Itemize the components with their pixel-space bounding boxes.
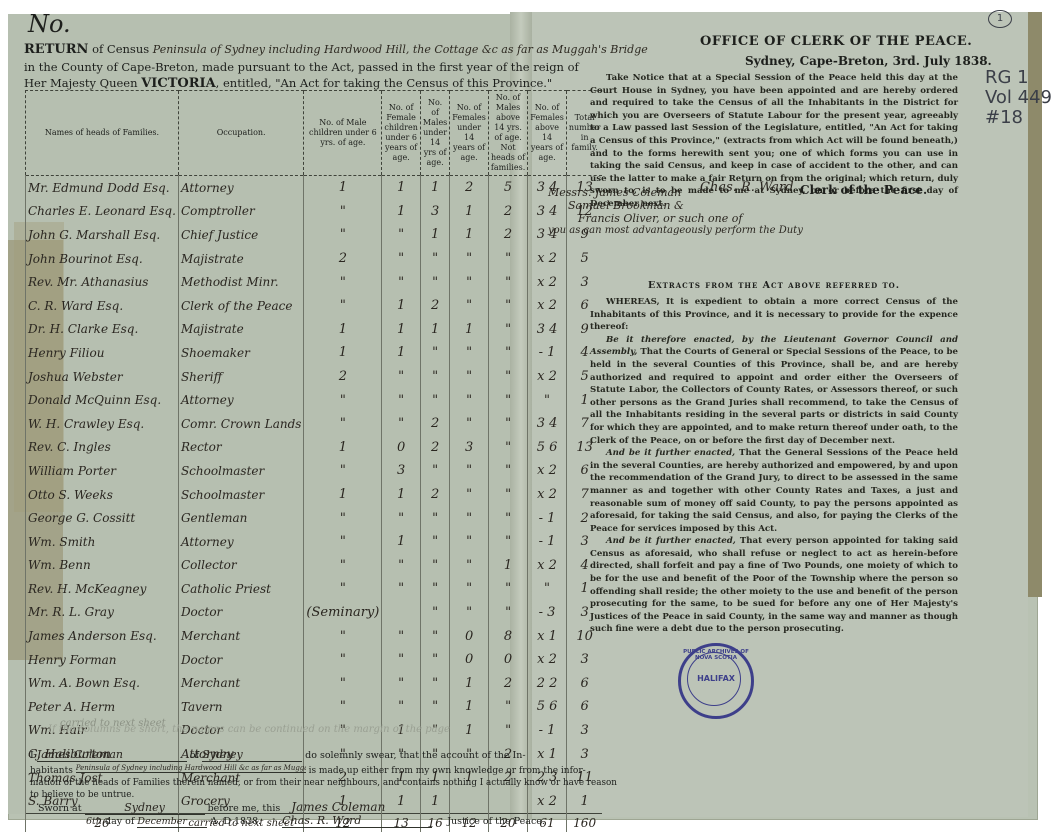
cell-occupation: Collector (178, 554, 303, 578)
cell-total: 5 (566, 247, 602, 271)
cell-m-above: " (488, 436, 527, 460)
oath-habitants-label: habitants (30, 766, 73, 776)
cell-occupation: Clerk of the Peace (178, 294, 303, 318)
cell-m-above: " (488, 459, 527, 483)
cell-m14: " (420, 554, 449, 578)
table-row: Dr. H. Clarke Esq.Majistrate1111"3 49 (26, 318, 603, 342)
table-row: Henry FormanDoctor"""00x 23 (26, 648, 603, 672)
cell-m-above: 8 (488, 624, 527, 648)
table-row: John Bourinot Esq.Majistrate2""""x 25 (26, 247, 603, 271)
col-header-male-under-6: No. of Male children under 6 yrs. of age… (304, 91, 382, 176)
addressees: Messrs. James Coleman Samuel Brookman & … (548, 186, 803, 236)
signature-ward: Chas. R. Ward (282, 814, 432, 828)
table-row: Rev. Mr. AthanasiusMethodist Minr."""""x… (26, 270, 603, 294)
cell-m-above: " (488, 294, 527, 318)
cell-name: George G. Cossitt (26, 506, 179, 530)
cell-f-above: x 1 (528, 624, 567, 648)
header-line-3: Her Majesty Queen VICTORIA, entitled, "A… (24, 76, 552, 91)
col-header-male-above-14: No. of Males above 14 yrs. of age. Not h… (488, 91, 527, 176)
faint-instruction-note: If the columns be short, the names can b… (48, 724, 508, 735)
cell-f-above: 3 4 (528, 318, 567, 342)
line3-pre: Her Majesty Queen (24, 76, 141, 90)
cell-f6: " (382, 506, 421, 530)
cell-m-above: " (488, 365, 527, 389)
cell-m6: " (304, 695, 382, 719)
cell-name: Peter A. Herm (26, 695, 179, 719)
act-section-3: And be it further enacted, That every pe… (590, 535, 958, 636)
table-row: Mr. Edmund Dodd Esq.Attorney111253 413 (26, 176, 603, 200)
cell-f6: 1 (382, 200, 421, 224)
cell-m14: 2 (420, 483, 449, 507)
cell-f-above: - 1 (528, 719, 567, 743)
cell-f14: " (450, 247, 489, 271)
cell-f14: 2 (450, 176, 489, 200)
act-section-2-lead: And be it further enacted, (606, 448, 735, 458)
cell-f14: " (450, 365, 489, 389)
table-row: John G. Marshall Esq.Chief Justice""1123… (26, 223, 603, 247)
oath-line-4: to believe to be untrue. (30, 790, 134, 800)
cell-m-above: " (488, 577, 527, 601)
table-row: Donald McQuinn Esq.Attorney""""""1 (26, 388, 603, 412)
cell-m6: 1 (304, 318, 382, 342)
cell-m-above: 2 (488, 223, 527, 247)
cell-f6: " (382, 223, 421, 247)
cell-m14: " (420, 577, 449, 601)
oath-line-3: mation of the heads of Families therein … (30, 778, 617, 788)
cell-occupation: Doctor (178, 601, 303, 625)
document-number-mark: No. (28, 10, 71, 38)
cell-m14: " (420, 648, 449, 672)
cell-m14: 1 (420, 176, 449, 200)
sworn-place-field: Sydney (85, 801, 205, 815)
cell-f14: 1 (450, 223, 489, 247)
oath-of: of (190, 750, 199, 761)
cell-m14: " (420, 624, 449, 648)
cell-f14: " (450, 294, 489, 318)
oath-line-2: habitants Peninsula of Sydney including … (30, 764, 586, 776)
oath-name-field: James Coleman (37, 748, 187, 762)
cell-name: Wm. A. Bown Esq. (26, 671, 179, 695)
page-number-circle: 1 (988, 10, 1012, 28)
cell-name: Mr. Edmund Dodd Esq. (26, 176, 179, 200)
cell-m14: " (420, 388, 449, 412)
cell-m-above: " (488, 388, 527, 412)
cell-occupation: Majistrate (178, 247, 303, 271)
cell-f-above: 2 2 (528, 671, 567, 695)
cell-m-above: " (488, 412, 527, 436)
archives-stamp: PUBLIC ARCHIVES OF NOVA SCOTIA HALIFAX (678, 643, 754, 719)
cell-name: Donald McQuinn Esq. (26, 388, 179, 412)
table-row: Joshua WebsterSheriff2""""x 25 (26, 365, 603, 389)
clerk-title: Clerk of the Peace. (800, 183, 927, 197)
col-header-female-above-14: No. of Females above 14 years of age. (528, 91, 567, 176)
cell-m6: " (304, 459, 382, 483)
cell-f-above: x 2 (528, 459, 567, 483)
cell-f6: 1 (382, 294, 421, 318)
cell-name: Wm. Benn (26, 554, 179, 578)
victoria-bold: VICTORIA (141, 76, 215, 91)
cell-m-above: 2 (488, 671, 527, 695)
cell-m14: " (420, 247, 449, 271)
archive-reference: RG 1 Vol 449 #18 (985, 68, 1052, 128)
cell-f6: 1 (382, 530, 421, 554)
cell-f14: " (450, 577, 489, 601)
stamp-ring-text: PUBLIC ARCHIVES OF NOVA SCOTIA (681, 649, 751, 661)
cell-occupation: Attorney (178, 530, 303, 554)
cell-name: Mr. R. L. Gray (26, 601, 179, 625)
cell-occupation: Merchant (178, 624, 303, 648)
cell-f6: " (382, 412, 421, 436)
cell-m-above: " (488, 601, 527, 625)
header-line-2: in the County of Cape-Breton, made pursu… (24, 60, 579, 74)
cell-f14: " (450, 506, 489, 530)
cell-name: Charles E. Leonard Esq. (26, 200, 179, 224)
signature-coleman: James Coleman (291, 800, 385, 814)
cell-f14: 0 (450, 648, 489, 672)
cell-total: 6 (566, 671, 602, 695)
cell-m14: " (420, 341, 449, 365)
cell-f14: " (450, 270, 489, 294)
cell-f-above: x 2 (528, 247, 567, 271)
act-section-1-text: That the Courts of General or Special Se… (590, 347, 958, 445)
cell-m-above: " (488, 695, 527, 719)
cell-m6: " (304, 388, 382, 412)
act-section-3-lead: And be it further enacted, (606, 536, 736, 546)
cell-f-above: " (528, 577, 567, 601)
cell-occupation: Comr. Crown Lands (178, 412, 303, 436)
table-header-row: Names of heads of Families. Occupation. … (26, 91, 603, 176)
cell-name: Dr. H. Clarke Esq. (26, 318, 179, 342)
archive-vol: Vol 449 (985, 88, 1052, 108)
cell-m-above: " (488, 506, 527, 530)
table-row: Wm. SmithAttorney"1"""- 13 (26, 530, 603, 554)
oath-habitants-field: Peninsula of Sydney including Hardwood H… (76, 764, 306, 773)
extracts-title: Extracts from the Act above referred to. (648, 280, 900, 291)
act-extracts: WHEREAS, It is expedient to obtain a mor… (590, 296, 958, 636)
cell-name: James Anderson Esq. (26, 624, 179, 648)
col-header-occupation: Occupation. (178, 91, 303, 176)
cell-f-above: x 2 (528, 648, 567, 672)
cell-f6: " (382, 624, 421, 648)
cell-name: John G. Marshall Esq. (26, 223, 179, 247)
cell-f-above: x 2 (528, 365, 567, 389)
cell-f6: 1 (382, 789, 421, 813)
table-row: Wm. BennCollector""""1x 24 (26, 554, 603, 578)
oath-place-field: Sydney (202, 748, 302, 762)
oath-sworn-line: Sworn at Sydney before me, this James Co… (38, 800, 385, 815)
month-field: December (137, 816, 207, 828)
cell-m14: 1 (420, 223, 449, 247)
cell-m14: " (420, 506, 449, 530)
cell-m6: " (304, 624, 382, 648)
cell-m6: 2 (304, 365, 382, 389)
year-label: A. D 1838. (210, 816, 261, 827)
return-title: RETURN of Census Peninsula of Sydney inc… (24, 42, 648, 57)
cell-f-above: 5 6 (528, 436, 567, 460)
office-title: OFFICE OF CLERK OF THE PEACE. (700, 34, 972, 49)
cell-f6: " (382, 270, 421, 294)
cell-name: William Porter (26, 459, 179, 483)
cell-f-above: 5 6 (528, 695, 567, 719)
cell-f6: " (382, 388, 421, 412)
table-row: Peter A. HermTavern"""1"5 66 (26, 695, 603, 719)
act-section-1: Be it therefore enacted, by the Lieutena… (590, 334, 958, 447)
cell-f6: 3 (382, 459, 421, 483)
cell-f6: 1 (382, 341, 421, 365)
cell-m6: " (304, 577, 382, 601)
cell-occupation: Schoolmaster (178, 459, 303, 483)
cell-m-above: " (488, 530, 527, 554)
cell-m6: " (304, 223, 382, 247)
cell-m-above: " (488, 270, 527, 294)
cell-f-above: x 2 (528, 294, 567, 318)
cell-name: W. H. Crawley Esq. (26, 412, 179, 436)
cell-m14: 1 (420, 789, 449, 813)
act-section-3-text: That every person appointed for taking s… (590, 536, 958, 634)
cell-m6: " (304, 270, 382, 294)
cell-f14: " (450, 554, 489, 578)
table-row: Mr. R. L. GrayDoctor(Seminary)"""- 33 (26, 601, 603, 625)
table-row: C. R. Ward Esq.Clerk of the Peace"12""x … (26, 294, 603, 318)
line3-post: , entitled, "An Act for taking the Censu… (216, 76, 553, 90)
cell-m14: 3 (420, 200, 449, 224)
cell-occupation: Attorney (178, 176, 303, 200)
cell-f14: " (450, 412, 489, 436)
cell-total: 6 (566, 695, 602, 719)
col-header-male-under-14: No. of Males under 14 yrs of age. (420, 91, 449, 176)
cell-m14: 1 (420, 318, 449, 342)
table-row: W. H. Crawley Esq.Comr. Crown Lands""2""… (26, 412, 603, 436)
col-header-female-under-14: No. of Females under 14 years of age. (450, 91, 489, 176)
cell-occupation: Tavern (178, 695, 303, 719)
cell-name: Rev. Mr. Athanasius (26, 270, 179, 294)
cell-f-above: - 3 (528, 601, 567, 625)
cell-occupation: Attorney (178, 388, 303, 412)
cell-f6: " (382, 695, 421, 719)
cell-f6: 0 (382, 436, 421, 460)
cell-m6: " (304, 530, 382, 554)
addressee-4: you as can most advantageously perform t… (548, 225, 803, 236)
cell-m6: " (304, 506, 382, 530)
cell-f6: 1 (382, 176, 421, 200)
cell-occupation: Catholic Priest (178, 577, 303, 601)
oath-text-2: is made up either from my own knowledge … (309, 766, 586, 776)
cell-m-above: " (488, 318, 527, 342)
cell-f14: 0 (450, 624, 489, 648)
cell-f-above: x 1 (528, 742, 567, 766)
cell-f14 (450, 789, 489, 813)
cell-m14: " (420, 671, 449, 695)
cell-f-above: 3 4 (528, 412, 567, 436)
cell-f-above: x 2 (528, 554, 567, 578)
cell-occupation: Majistrate (178, 318, 303, 342)
cell-m6: " (304, 200, 382, 224)
table-row: William PorterSchoolmaster"3"""x 26 (26, 459, 603, 483)
cell-m-above (488, 789, 527, 813)
oath-text-1: do solemnly swear, that the account of t… (305, 750, 526, 761)
cell-name: Rev. H. McKeagney (26, 577, 179, 601)
cell-f-above: - 1 (528, 530, 567, 554)
cell-name: Henry Forman (26, 648, 179, 672)
before-me-label: before me, this (208, 803, 281, 814)
cell-name: Henry Filiou (26, 341, 179, 365)
table-row: Henry FiliouShoemaker11"""- 14 (26, 341, 603, 365)
cell-f14: 1 (450, 695, 489, 719)
cell-m-above: 5 (488, 176, 527, 200)
cell-f14: " (450, 483, 489, 507)
oath-line-1: I James Coleman of Sydney do solemnly sw… (30, 748, 526, 762)
cell-f14: " (450, 459, 489, 483)
act-section-2: And be it further enacted, That the Gene… (590, 447, 958, 535)
cell-f6: " (382, 365, 421, 389)
addressee-1: Messrs. James Coleman (548, 186, 803, 199)
table-row: George G. CossittGentleman"""""- 12 (26, 506, 603, 530)
cell-occupation: Methodist Minr. (178, 270, 303, 294)
cell-occupation: Gentleman (178, 506, 303, 530)
table-row: Rev. H. McKeagneyCatholic Priest""""""1 (26, 577, 603, 601)
stamp-city: HALIFAX (681, 674, 751, 683)
cell-total: 3 (566, 719, 602, 743)
cell-f14: 3 (450, 436, 489, 460)
cell-m6: " (304, 648, 382, 672)
cell-m14: " (420, 530, 449, 554)
justice-label: Justice of the Peace. (447, 816, 545, 827)
cell-m6: " (304, 294, 382, 318)
cell-m-above: 2 (488, 200, 527, 224)
cell-f14: 1 (450, 671, 489, 695)
cell-f-above: x 2 (528, 483, 567, 507)
cell-f-above: - 1 (528, 506, 567, 530)
cell-f6: " (382, 247, 421, 271)
cell-occupation: Doctor (178, 648, 303, 672)
table-row: Wm. A. Bown Esq.Merchant"""122 26 (26, 671, 603, 695)
oath-date-line: 6th day of December A. D 1838. Chas. R. … (86, 814, 545, 828)
cell-name: John Bourinot Esq. (26, 247, 179, 271)
table-row: Otto S. WeeksSchoolmaster112""x 27 (26, 483, 603, 507)
cell-m14: 2 (420, 412, 449, 436)
cell-m6: " (304, 412, 382, 436)
cell-name: Wm. Smith (26, 530, 179, 554)
cell-f6: 1 (382, 483, 421, 507)
cell-m6: " (304, 554, 382, 578)
cell-m6: 1 (304, 436, 382, 460)
cell-f14: 1 (450, 200, 489, 224)
cell-m-above: " (488, 483, 527, 507)
cell-occupation: Rector (178, 436, 303, 460)
table-row: Charles E. Leonard Esq.Comptroller"13123… (26, 200, 603, 224)
oath-i: I (30, 750, 34, 761)
table-row: James Anderson Esq.Merchant"""08x 110 (26, 624, 603, 648)
cell-m-above: 0 (488, 648, 527, 672)
cell-total: 3 (566, 742, 602, 766)
cell-f14: " (450, 341, 489, 365)
cell-m6: 2 (304, 247, 382, 271)
day-field: 6th (86, 816, 102, 827)
cell-f-above: - 1 (528, 341, 567, 365)
handwritten-district: Peninsula of Sydney including Hardwood H… (153, 43, 648, 56)
cell-m6: 1 (304, 483, 382, 507)
cell-f14: 1 (450, 318, 489, 342)
cell-f6: " (382, 671, 421, 695)
cell-name: Joshua Webster (26, 365, 179, 389)
sworn-at-label: Sworn at (38, 803, 82, 814)
table-row: Rev. C. InglesRector1023"5 613 (26, 436, 603, 460)
cell-m14: " (420, 270, 449, 294)
cell-total: 3 (566, 648, 602, 672)
cell-m6: 1 (304, 176, 382, 200)
cell-f14: " (450, 388, 489, 412)
cell-name: C. R. Ward Esq. (26, 294, 179, 318)
cell-m6: " (304, 671, 382, 695)
cell-total: 1 (566, 789, 602, 813)
cell-f-above: x 2 (528, 270, 567, 294)
cell-occupation: Comptroller (178, 200, 303, 224)
act-whereas: WHEREAS, It is expedient to obtain a mor… (590, 296, 958, 334)
cell-m14: " (420, 459, 449, 483)
cell-total: 3 (566, 270, 602, 294)
col-header-names: Names of heads of Families. (26, 91, 179, 176)
cell-occupation: Merchant (178, 671, 303, 695)
addressee-3: Francis Oliver, or such one of (578, 212, 803, 225)
cell-m14: 2 (420, 436, 449, 460)
addressee-2: Samuel Brookman & (568, 199, 803, 212)
total-total: 160 (566, 814, 602, 832)
title-lead: RETURN (24, 42, 88, 57)
cell-occupation: Sheriff (178, 365, 303, 389)
cell-m14: " (420, 695, 449, 719)
cell-name: Otto S. Weeks (26, 483, 179, 507)
archive-item: #18 (985, 108, 1052, 128)
cell-f6: 1 (382, 318, 421, 342)
cell-m-above: " (488, 247, 527, 271)
col-header-female-under-6: No. of Female children under 6 years of … (382, 91, 421, 176)
cell-f6: " (382, 554, 421, 578)
cell-f14: " (450, 601, 489, 625)
cell-occupation: Chief Justice (178, 223, 303, 247)
cell-f6: " (382, 577, 421, 601)
day-of-label: day of (105, 816, 134, 827)
cell-f14: " (450, 530, 489, 554)
title-rest: of Census (88, 42, 152, 56)
cell-f-above: x 2 (528, 789, 567, 813)
cell-m6: 1 (304, 341, 382, 365)
cell-m14: " (420, 601, 449, 625)
cell-occupation: Schoolmaster (178, 483, 303, 507)
archive-rg: RG 1 (985, 68, 1052, 88)
cell-occupation: Shoemaker (178, 341, 303, 365)
cell-m-above: " (488, 341, 527, 365)
cell-m14: 2 (420, 294, 449, 318)
cell-f6: " (382, 648, 421, 672)
cell-m6: (Seminary) (304, 601, 382, 625)
act-section-2-text: That the General Sessions of the Peace h… (590, 448, 958, 534)
cell-f6 (382, 601, 421, 625)
cell-name: Rev. C. Ingles (26, 436, 179, 460)
cell-m14: " (420, 365, 449, 389)
cell-f-above: " (528, 388, 567, 412)
office-dateline: Sydney, Cape-Breton, 3rd. July 1838. (745, 54, 992, 68)
cell-m-above: 1 (488, 554, 527, 578)
